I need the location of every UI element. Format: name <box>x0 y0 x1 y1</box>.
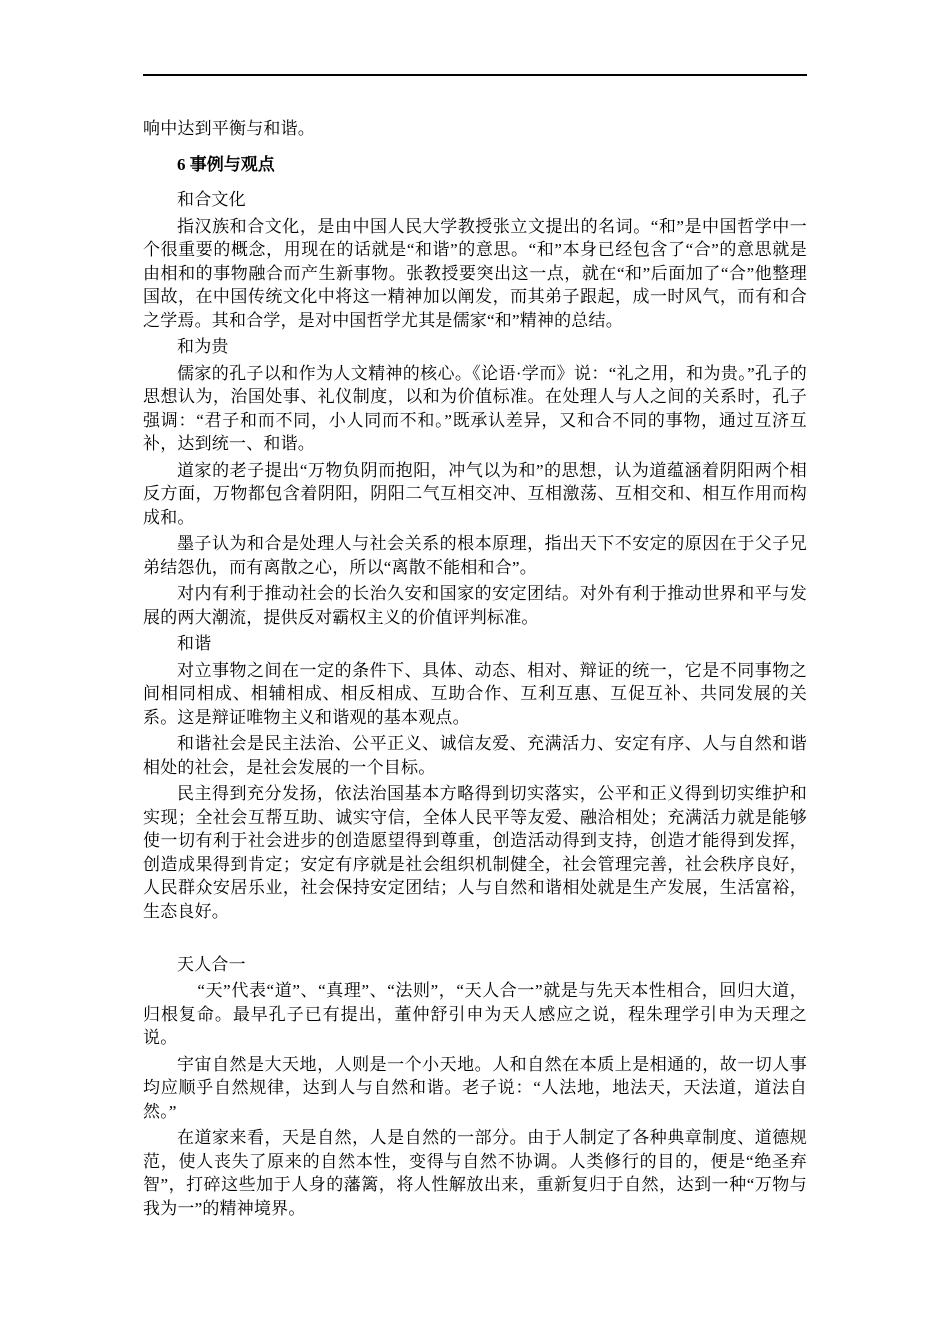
paragraph-tianren-heyi-2: 宇宙自然是大天地，人则是一个小天地。人和自然在本质上是相通的，故一切人事均应顺乎… <box>143 1053 807 1124</box>
paragraph-hexie-2: 和谐社会是民主法治、公平正义、诚信友爱、充满活力、安定有序、人与自然和谐相处的社… <box>143 732 807 779</box>
paragraph-he-wei-gui-3: 墨子认为和合是处理人与社会关系的根本原理，指出天下不安定的原因在于父子兄弟结怨仇… <box>143 532 807 579</box>
paragraph-tianren-heyi-3: 在道家来看，天是自然，人是自然的一部分。由于人制定了各种典章制度、道德规范，使人… <box>143 1126 807 1220</box>
section-heading: 6 事例与观点 <box>143 153 807 177</box>
subheading-he-wei-gui: 和为贵 <box>143 335 807 359</box>
header-rule <box>143 74 807 76</box>
subheading-hexie: 和谐 <box>143 632 807 656</box>
subheading-tianren-heyi: 天人合一 <box>143 953 807 977</box>
paragraph-he-wei-gui-1: 儒家的孔子以和作为人文精神的核心。《论语·学而》说：“礼之用，和为贵。”孔子的思… <box>143 362 807 456</box>
document-content: 响中达到平衡与和谐。 6 事例与观点 和合文化 指汉族和合文化，是由中国人民大学… <box>143 74 807 1220</box>
subheading-hehe-culture: 和合文化 <box>143 188 807 212</box>
document-page: 响中达到平衡与和谐。 6 事例与观点 和合文化 指汉族和合文化，是由中国人民大学… <box>0 0 950 1344</box>
paragraph-tianren-heyi-1: “天”代表“道”、“真理”、“法则”，“天人合一”就是与先天本性相合，回归大道，… <box>143 979 807 1050</box>
paragraph-he-wei-gui-4: 对内有利于推动社会的长治久安和国家的安定团结。对外有利于推动世界和平与发展的两大… <box>143 582 807 629</box>
paragraph-hehe-culture-1: 指汉族和合文化，是由中国人民大学教授张立文提出的名词。“和”是中国哲学中一个很重… <box>143 215 807 333</box>
paragraph-hexie-3: 民主得到充分发扬，依法治国基本方略得到切实落实，公平和正义得到切实维护和实现；全… <box>143 782 807 923</box>
paragraph-he-wei-gui-2: 道家的老子提出“万物负阴而抱阳，冲气以为和”的思想，认为道蕴涵着阴阳两个相反方面… <box>143 459 807 530</box>
continuation-line: 响中达到平衡与和谐。 <box>143 117 807 141</box>
paragraph-hexie-1: 对立事物之间在一定的条件下、具体、动态、相对、辩证的统一，它是不同事物之间相同相… <box>143 659 807 730</box>
